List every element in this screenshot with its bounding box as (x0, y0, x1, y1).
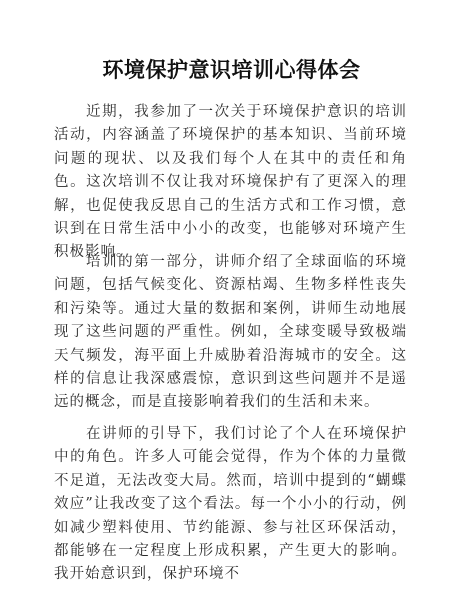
paragraph-2: 培训的第一部分，讲师介绍了全球面临的环境问题，包括气候变化、资源枯竭、生物多样性… (54, 251, 407, 415)
document-title: 环境保护意识培训心得体会 (0, 56, 463, 84)
document-page: 环境保护意识培训心得体会 近期，我参加了一次关于环境保护意识的培训活动，内容涵盖… (0, 0, 463, 600)
paragraph-3: 在讲师的引导下，我们讨论了个人在环境保护中的角色。许多人可能会觉得，作为个体的力… (54, 423, 407, 587)
paragraph-1: 近期，我参加了一次关于环境保护意识的培训活动，内容涵盖了环境保护的基本知识、当前… (54, 101, 407, 265)
